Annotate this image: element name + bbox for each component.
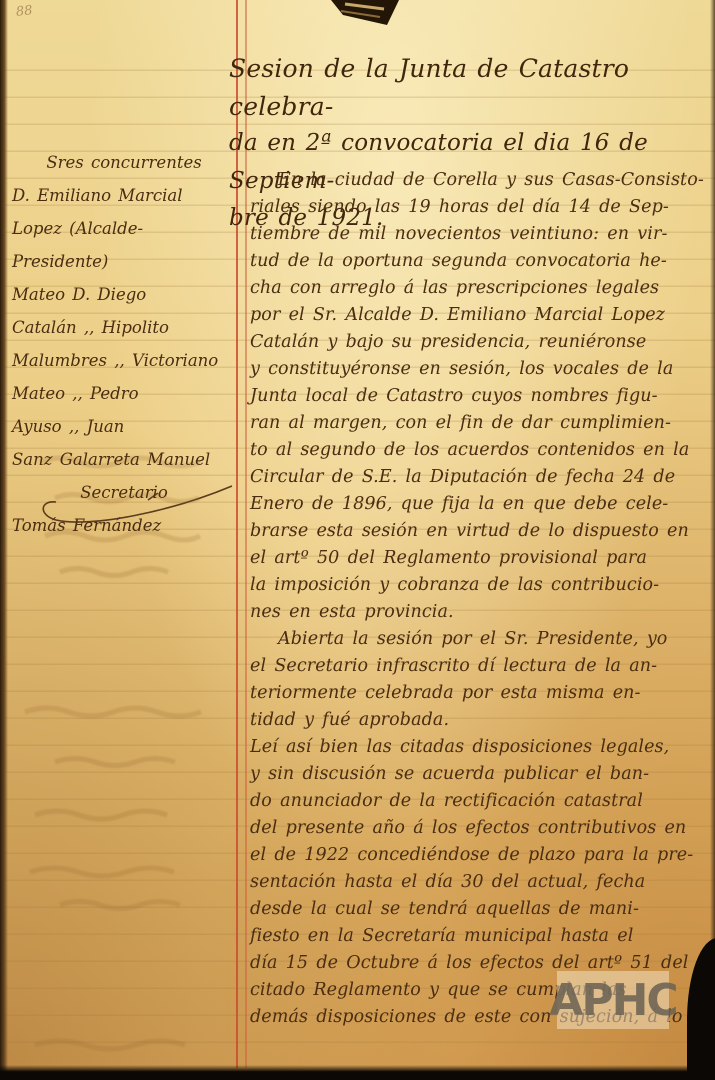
manuscript-line: el artº 50 del Reglamento provisional pa… [250,545,714,572]
attendee-line: Catalán ,, Hipolito [12,311,236,344]
manuscript-line: y sin discusión se acuerda publicar el b… [250,761,714,788]
manuscript-page: 88 Sesion de la Junta de Catastro celebr… [0,0,715,1080]
manuscript-line: Leí así bien las citadas disposiciones l… [250,734,714,761]
attendee-line: Sres concurrentes [12,146,236,179]
body-text: En la ciudad de Corella y sus Casas-Cons… [250,167,714,1031]
manuscript-line: teriormente celebrada por esta misma en- [250,680,714,707]
manuscript-line: tiembre de mil novecientos veintiuno: en… [250,221,714,248]
photo-bottom-edge [0,1065,715,1080]
manuscript-line: Junta local de Catastro cuyos nombres fi… [250,383,714,410]
manuscript-line: desde la cual se tendrá aquellas de mani… [250,896,714,923]
attendee-line: Malumbres ,, Victoriano [12,344,236,377]
page-number-mark: 88 [15,3,33,20]
manuscript-line: el de 1922 concediéndose de plazo para l… [250,842,714,869]
manuscript-line: Circular de S.E. la Diputación de fecha … [250,464,714,491]
attendees-margin: Sres concurrentesD. Emiliano MarcialLope… [12,146,236,542]
manuscript-line: riales siendo las 19 horas del día 14 de… [250,194,714,221]
manuscript-line: tidad y fué aprobada. [250,707,714,734]
manuscript-line: Abierta la sesión por el Sr. Presidente,… [250,626,714,653]
manuscript-line: ran al margen, con el fin de dar cumplim… [250,410,714,437]
manuscript-line: tud de la oportuna segunda convocatoria … [250,248,714,275]
title-line: Sesion de la Junta de Catastro celebra- [229,50,715,125]
manuscript-line: do anunciador de la rectificación catast… [250,788,714,815]
manuscript-line: la imposición y cobranza de las contribu… [250,572,714,599]
corner-object [331,0,399,25]
attendee-line: Mateo D. Diego [12,278,236,311]
manuscript-line: cha con arreglo á las prescripciones leg… [250,275,714,302]
manuscript-line: Enero de 1896, que fija la en que debe c… [250,491,714,518]
attendee-line: Tomás Fernández [12,509,236,542]
attendee-line: Sanz Galarreta Manuel [12,443,236,476]
manuscript-line: fiesto en la Secretaría municipal hasta … [250,923,714,950]
manuscript-line: brarse esta sesión en virtud de lo dispu… [250,518,714,545]
aphc-watermark: APHC [557,971,669,1029]
manuscript-line: Catalán y bajo su presidencia, reuniéron… [250,329,714,356]
attendee-line: Lopez (Alcalde-Presidente) [12,212,236,278]
page-right-edge [710,0,715,1080]
manuscript-line: to al segundo de los acuerdos contenidos… [250,437,714,464]
manuscript-line: y constituyéronse en sesión, los vocales… [250,356,714,383]
attendee-line: D. Emiliano Marcial [12,179,236,212]
attendee-line: Mateo ,, Pedro [12,377,236,410]
manuscript-line: nes en esta provincia. [250,599,714,626]
manuscript-line: por el Sr. Alcalde D. Emiliano Marcial L… [250,302,714,329]
manuscript-line: el Secretario infrascrito dí lectura de … [250,653,714,680]
manuscript-line: del presente año á los efectos contribut… [250,815,714,842]
attendee-line: Secretario [12,476,236,509]
manuscript-line: En la ciudad de Corella y sus Casas-Cons… [250,167,714,194]
manuscript-line: sentación hasta el día 30 del actual, fe… [250,869,714,896]
attendee-line: Ayuso ,, Juan [12,410,236,443]
binding-edge [0,0,8,1080]
